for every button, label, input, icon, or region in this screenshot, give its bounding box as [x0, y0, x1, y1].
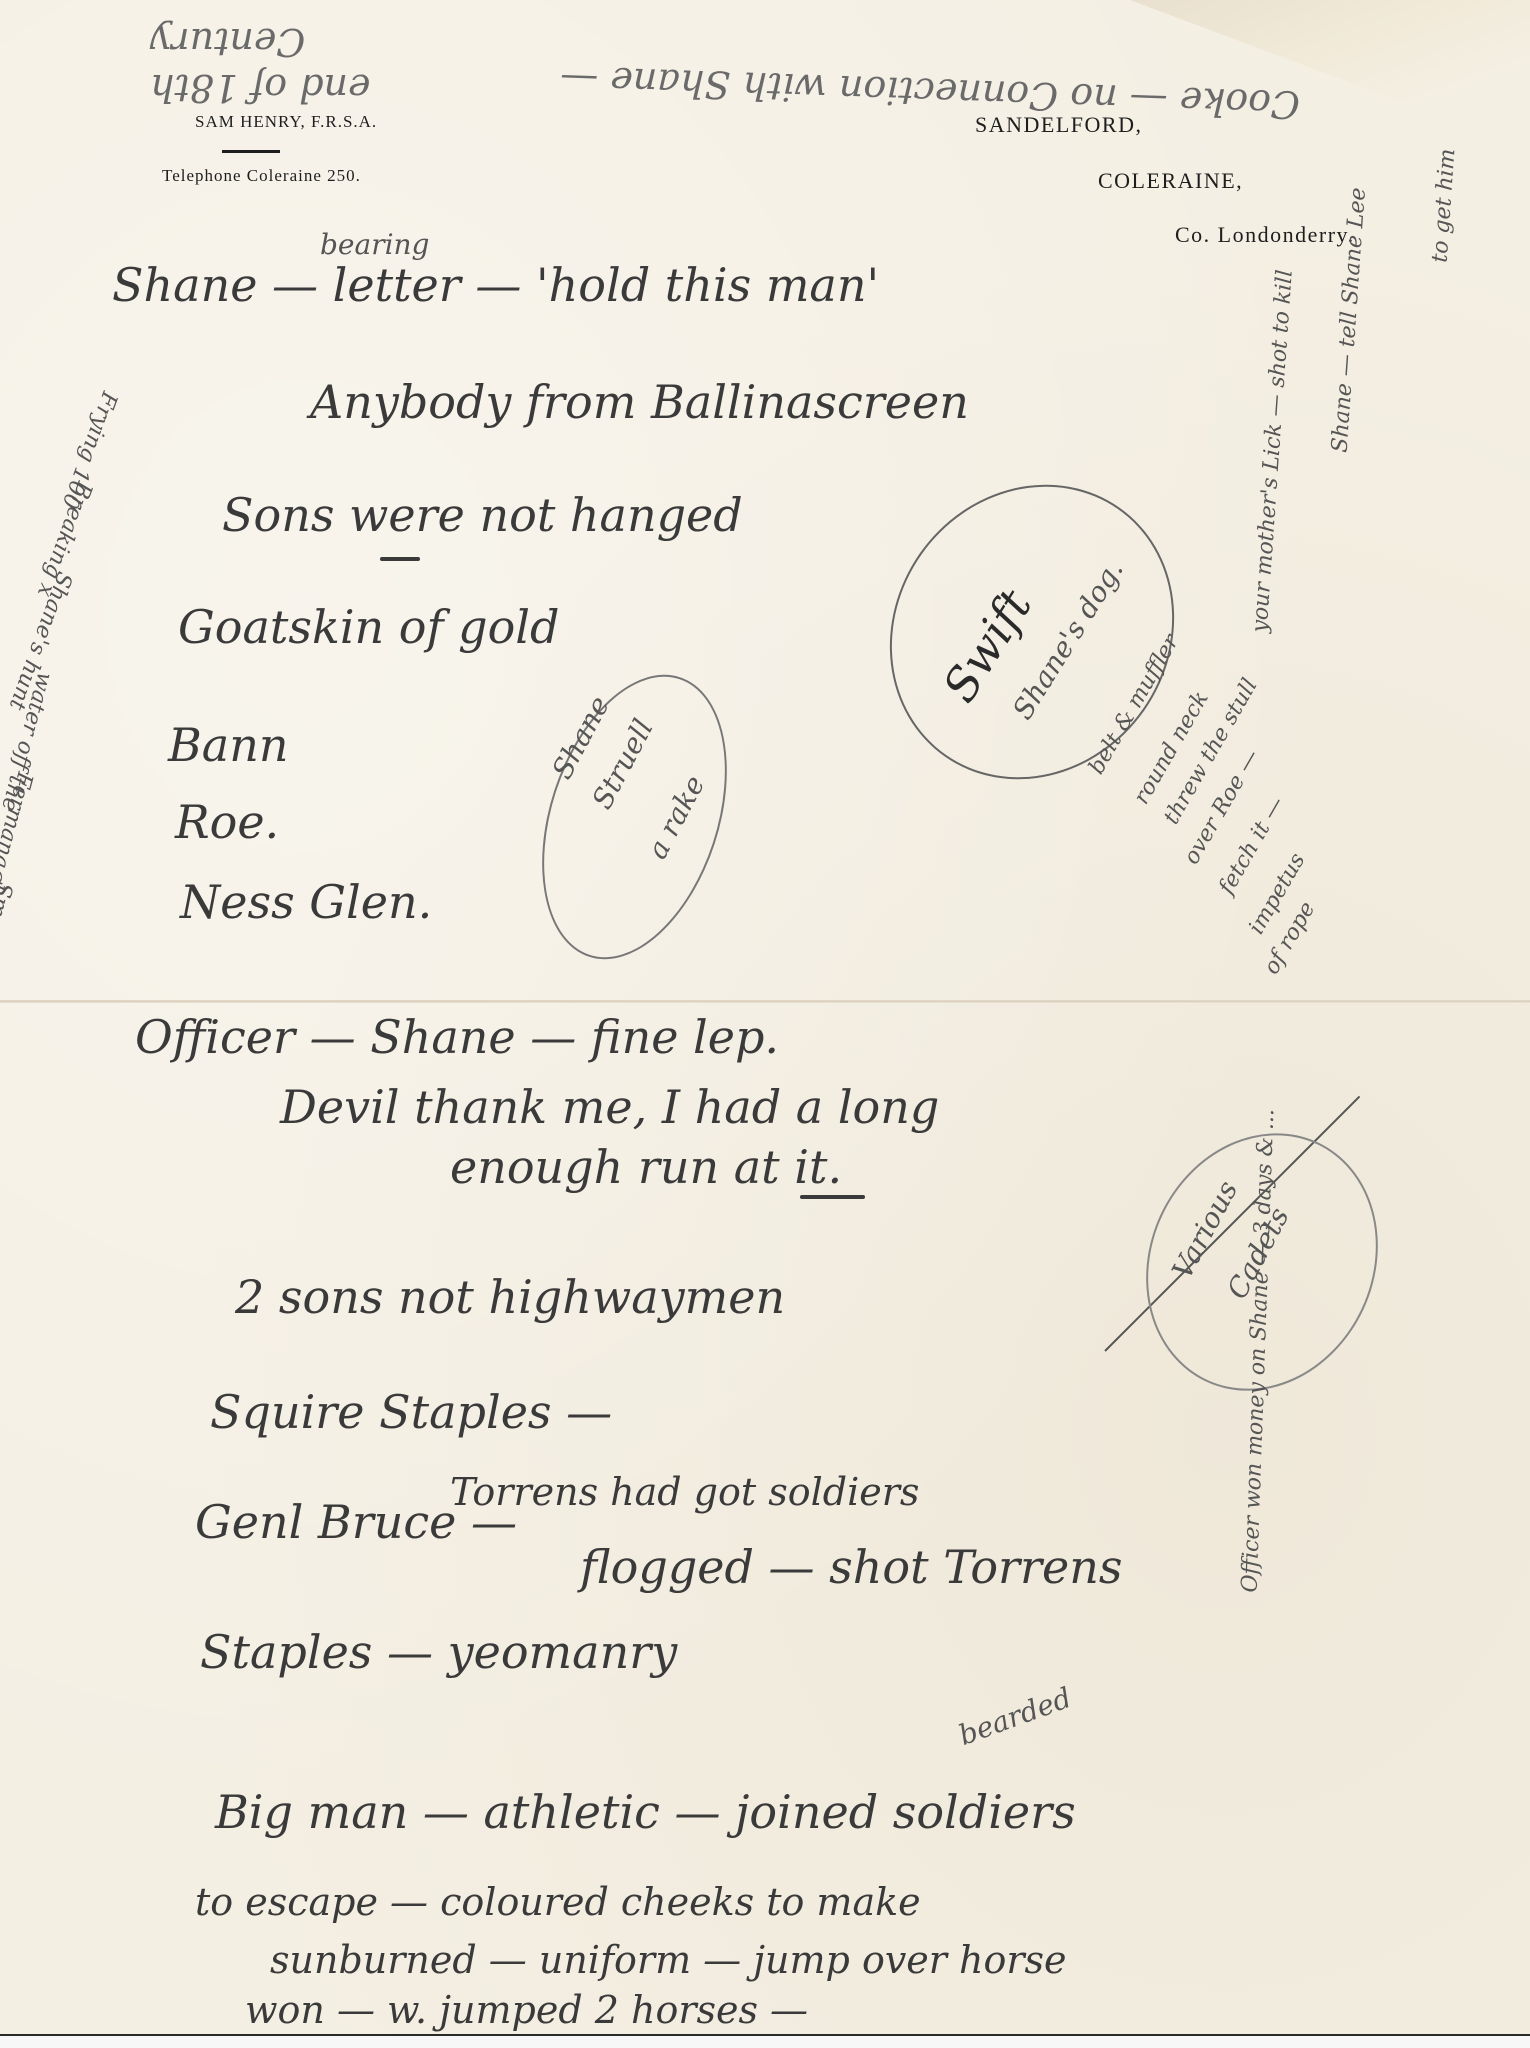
underline-at	[800, 1195, 865, 1199]
body-line-15: Staples — yeomanry	[200, 1625, 677, 1679]
horizontal-fold-crease	[0, 1000, 1530, 1003]
letterhead-telephone: Telephone Coleraine 250.	[162, 166, 361, 186]
letterhead-rule	[222, 150, 280, 153]
body-line-11: 2 sons not highwaymen	[235, 1270, 785, 1324]
letterhead-name: SAM HENRY, F.R.S.A.	[195, 112, 377, 132]
underline-not	[380, 557, 420, 561]
body-line-1: Shane — letter — 'hold this man'	[112, 258, 879, 312]
left-margin-top-7: Smuggler hunt	[0, 879, 17, 1047]
insert-bearing: bearing	[320, 228, 429, 261]
letterhead-address-2: COLERAINE,	[1098, 168, 1243, 194]
body-line-6: Roe.	[175, 795, 279, 849]
page-bottom-edge	[0, 2034, 1530, 2048]
body-line-4: Goatskin of gold	[178, 600, 559, 654]
body-line-3: Sons were not hanged	[222, 488, 743, 542]
body-line-5: Bann	[168, 718, 288, 772]
right-margin-top-1: your mother's Lick — shot to kill	[1248, 269, 1298, 634]
right-margin-top-3: to get him	[1428, 148, 1461, 264]
body-line-12: Squire Staples —	[210, 1385, 612, 1439]
body-line-7: Ness Glen.	[180, 875, 432, 929]
body-line-16: Big man — athletic — joined soldiers	[215, 1785, 1076, 1839]
letter-page: SAM HENRY, F.R.S.A. Telephone Coleraine …	[0, 0, 1530, 2048]
body-line-9: Devil thank me, I had a long	[280, 1080, 939, 1134]
oval-shane-struell	[509, 651, 761, 983]
oval-swift	[833, 429, 1232, 835]
body-line-13b: Torrens had got soldiers	[450, 1470, 919, 1514]
body-line-2: Anybody from Ballinascreen	[310, 375, 969, 429]
body-line-8: Officer — Shane — fine lep.	[135, 1010, 779, 1064]
body-line-19: won — w. jumped 2 horses —	[245, 1988, 808, 2032]
folded-corner	[1130, 0, 1530, 150]
letterhead-address-3: Co. Londonderry.	[1175, 222, 1355, 248]
body-line-10: enough run at it.	[450, 1140, 842, 1194]
top-inverted-note-2: end of 18th	[150, 66, 371, 110]
body-line-18: sunburned — uniform — jump over horse	[270, 1938, 1067, 1982]
body-line-14: flogged — shot Torrens	[580, 1540, 1122, 1594]
insert-bearded: bearded	[954, 1681, 1075, 1752]
top-inverted-note-1: Century	[150, 20, 305, 64]
top-inverted-note-3: Cooke — no Connection with Shane —	[559, 57, 1300, 127]
body-line-17: to escape — coloured cheeks to make	[195, 1880, 921, 1924]
